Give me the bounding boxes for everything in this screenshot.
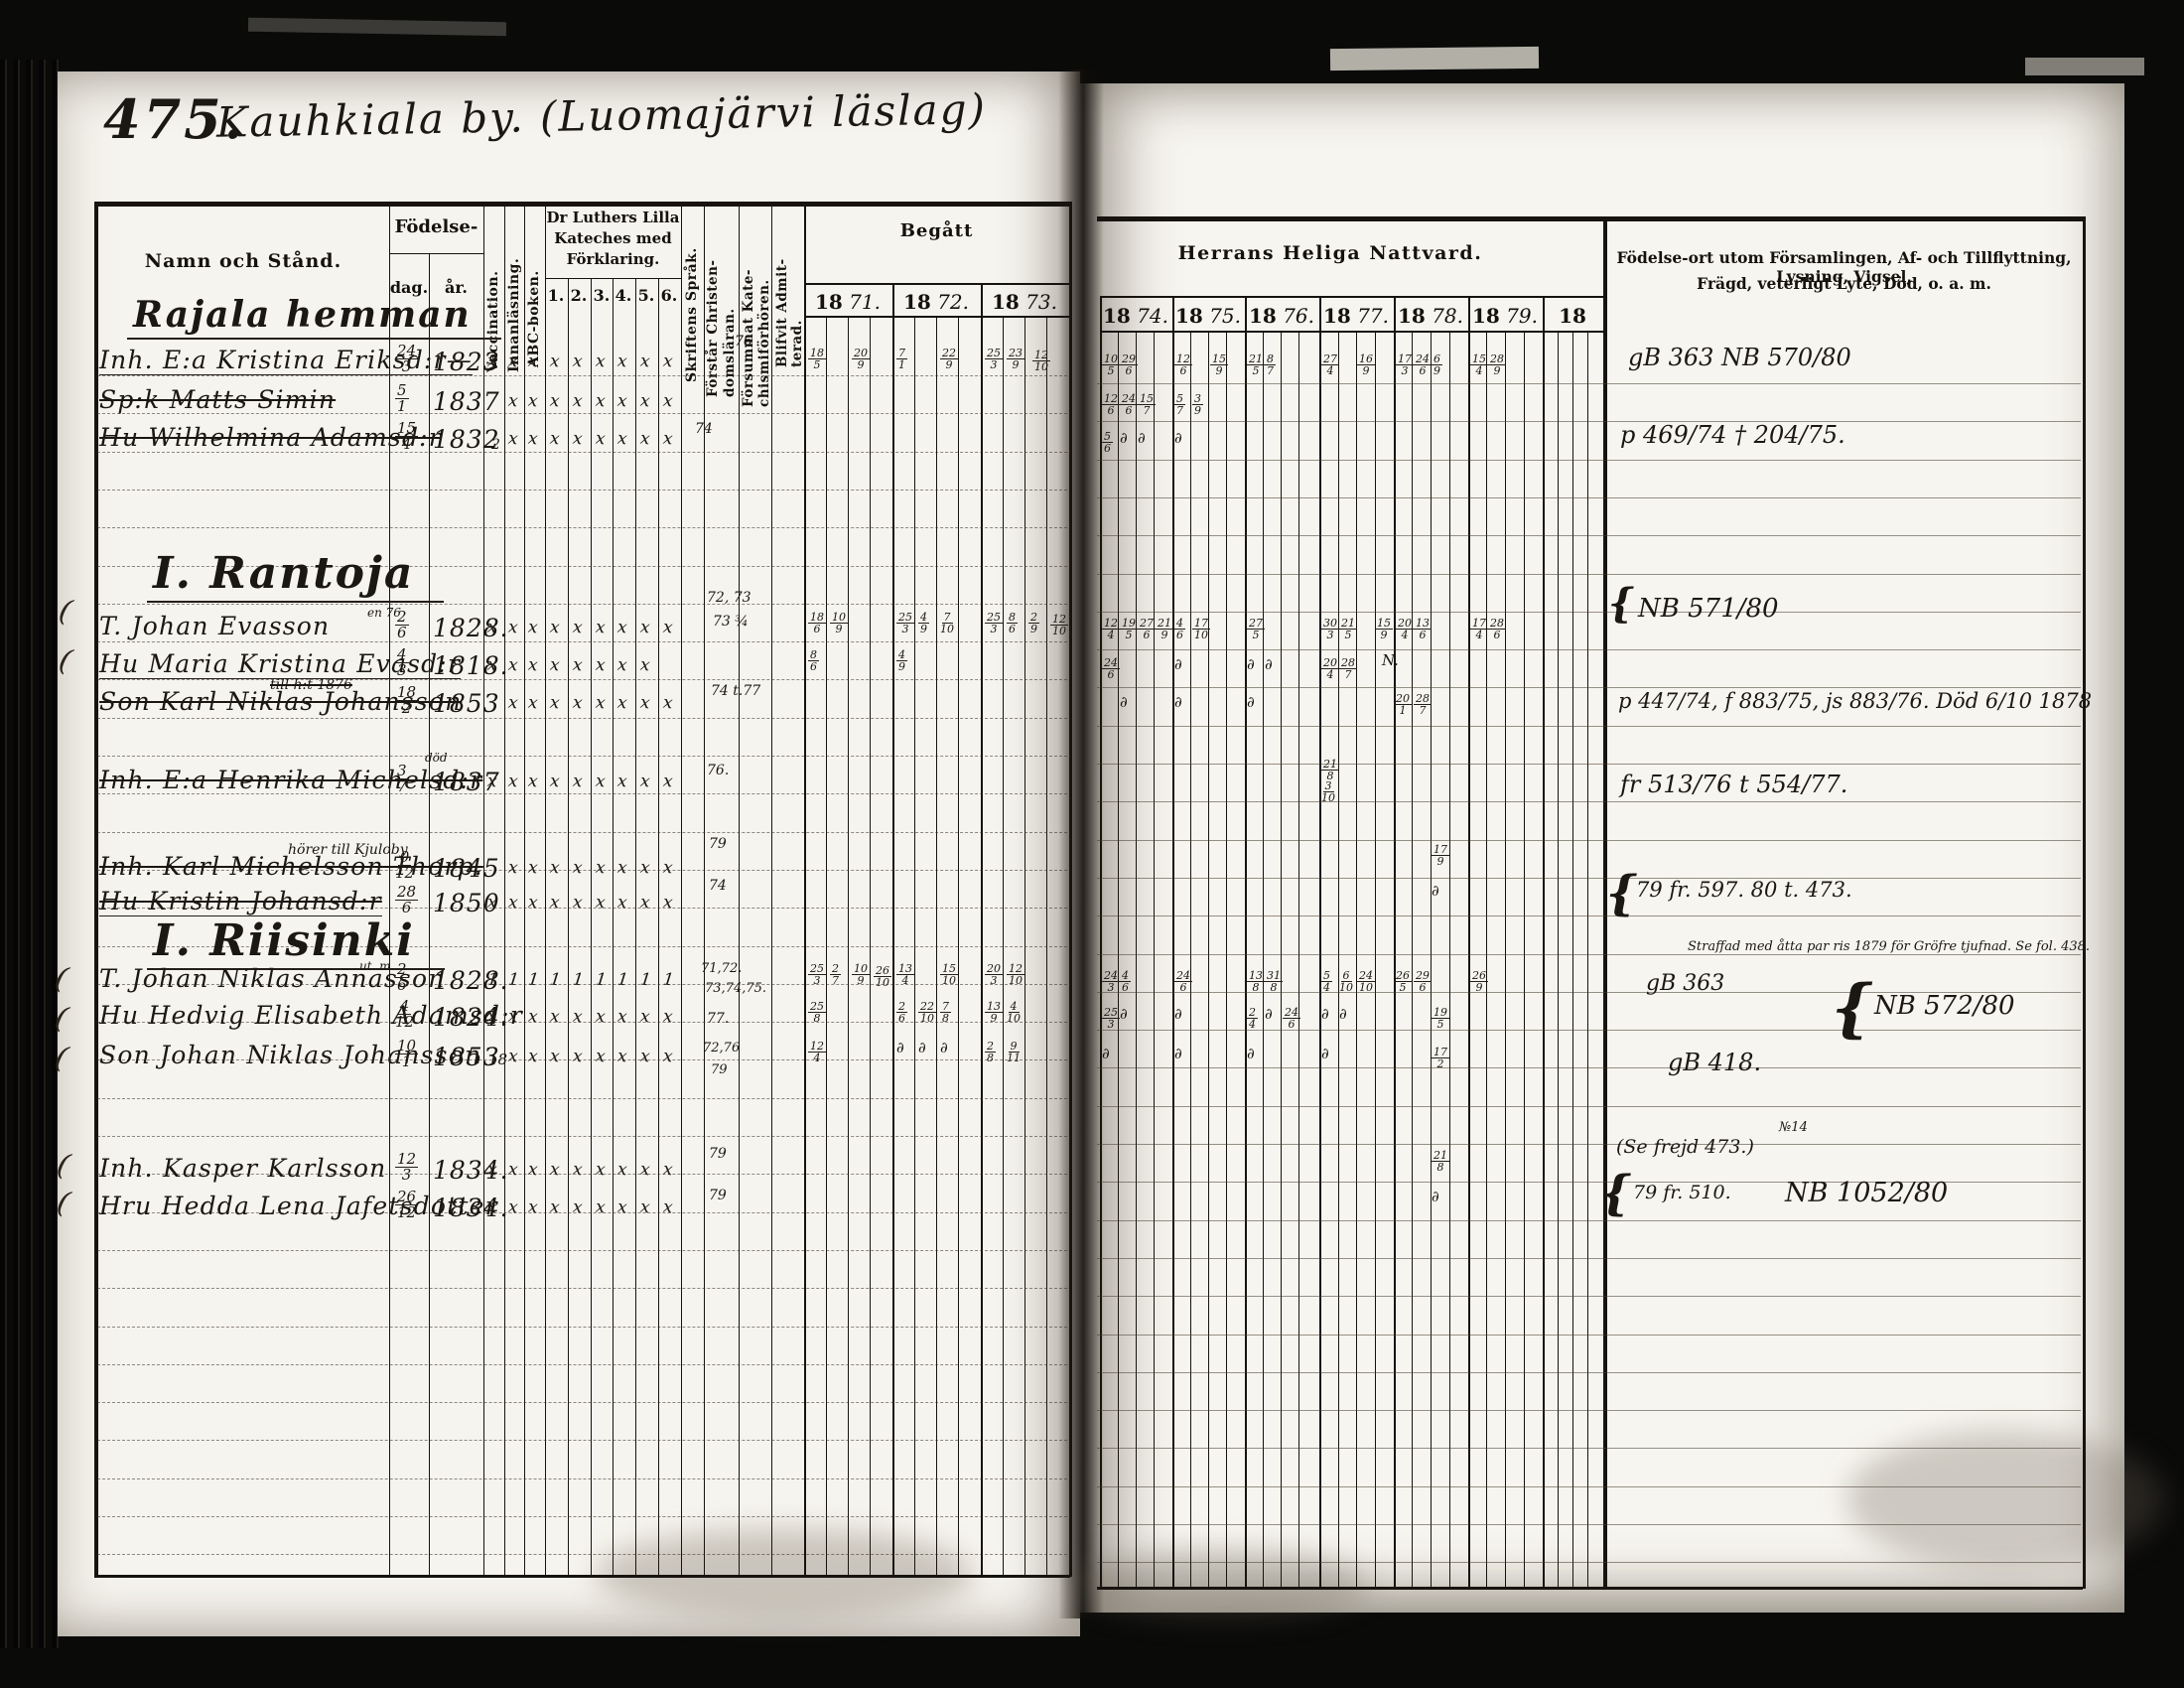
grid-vline [771,202,772,1577]
ruled-line-right [1097,1067,2081,1068]
ruled-line-right [1097,535,2081,536]
catechism-number: 5. [635,286,657,305]
communion-mark: 86 [1007,612,1018,634]
reading-mark: x [549,893,561,914]
grid-vline [1412,333,1413,1589]
ruled-line-left [97,1516,1067,1517]
handwritten-value: ut. m. [359,959,394,973]
ruled-line-right [1097,1524,2081,1525]
communion-mark: 253 [896,612,914,634]
reading-mark: x [595,352,607,372]
col-header-begatt: Begått [804,220,1069,241]
grid-vline [1558,333,1559,1589]
margin-note: NB 572/80 [1874,991,2015,1021]
reading-mark: x [507,772,519,792]
year-label: 18 79. [1469,304,1541,328]
grid-vline [524,202,525,1577]
col-header-catechism-3: Förklaring. [545,250,681,268]
year-label: 18 77. [1320,304,1392,328]
reading-mark: x [639,391,651,412]
year-label: 18 [1537,304,1608,328]
ruled-line-left [97,490,1067,491]
communion-mark: 136 [1414,618,1432,640]
ruled-line-left [97,1554,1067,1555]
note-brace: { [1606,866,1637,921]
grid-hline [1100,331,1603,333]
reading-mark: x [639,772,651,792]
reading-mark: x [527,352,539,372]
grid-vline [958,318,959,1577]
person-name: Sp:k Matts Simin [99,385,336,414]
reading-mark: x [572,618,584,638]
communion-mark: ∂ [1247,657,1255,672]
reading-mark: x [486,618,498,638]
communion-mark: 201 [1394,693,1412,716]
reading-mark: x [662,893,674,914]
communion-mark: 287 [1339,657,1357,680]
handwritten-value: 2 [491,437,500,453]
communion-mark: 39 [1192,393,1203,416]
communion-mark: 218 [1432,1150,1449,1173]
person-name: Son Johan Niklas Johansson [99,1041,481,1069]
catechism-number: 4. [613,286,634,305]
grid-hline [1100,296,1603,298]
col-header-abc: ABC-boken. [526,209,542,367]
person-name: Inh. Kasper Karlsson [99,1154,386,1183]
reading-mark: x [616,772,628,792]
ruled-line-right [1097,1144,2081,1145]
col-header-missed-2: chismiförhören. [756,209,772,407]
year-label: 18 71. [804,290,891,314]
grid-vline [892,283,894,1577]
book-edge-texture [0,60,62,1648]
communion-mark: 229 [940,348,958,370]
handwritten-value: hörer till Kjuloby [288,842,408,858]
grid-vline [1069,202,1072,1577]
communion-mark: ∂ [1321,1007,1329,1022]
communion-mark: 69 [1432,353,1442,376]
grid-vline [681,202,682,1577]
ruled-line-right [1097,801,2081,802]
margin-note: gB 418. [1668,1049,1761,1076]
grid-vline [1572,333,1573,1589]
year-label: 18 72. [892,290,980,314]
person-name: T. Johan Evasson [99,612,330,640]
grid-vline [1524,333,1525,1589]
reading-mark: 1 [595,969,608,990]
reading-mark: x [595,655,607,676]
birth-day: 243 [395,344,418,374]
reading-mark: 1 [527,969,540,990]
grid-vline [1543,296,1545,1589]
grid-vline [1486,333,1487,1589]
communion-mark: ∂ [1247,1047,1255,1061]
birth-day: 154 [395,421,418,452]
communion-mark: ∂ [1174,695,1182,710]
communion-mark: 410 [1007,1001,1021,1024]
reading-mark: x [549,391,561,412]
communion-mark: 246 [1283,1007,1300,1030]
grid-vline [1154,333,1155,1589]
communion-mark: ∂ [1432,1190,1439,1204]
communion-mark: 56 [1102,431,1113,454]
margin-note: fr 513/76 t 554/77. [1620,771,1847,798]
reading-mark: x [616,618,628,638]
ruled-line-left [97,1136,1067,1137]
communion-mark: 318 [1265,970,1283,993]
reading-mark: x [639,1160,651,1181]
reading-mark: x [527,858,539,879]
reading-mark: x [616,352,628,372]
catechism-number: 1. [545,286,567,305]
reading-mark: x [572,893,584,914]
reading-mark: x [662,772,674,792]
communion-mark: 71 [896,348,907,370]
communion-mark: 275 [1247,618,1265,640]
grid-vline [635,278,636,1577]
communion-mark: 174 [1470,618,1488,640]
communion-mark: 154 [1470,353,1488,376]
communion-mark: 109 [830,612,848,634]
reading-mark: x [616,893,628,914]
grid-vline [2083,216,2086,1589]
communion-mark: 1210 [1050,614,1068,636]
reading-mark: x [527,893,539,914]
reading-mark: x [549,655,561,676]
handwritten-value: till h:t 1876 [270,677,352,693]
reading-mark: x [507,618,519,638]
grid-vline [1281,333,1282,1589]
reading-mark: x [572,1160,584,1181]
communion-mark: ∂ [1174,1007,1182,1022]
reading-mark: x [616,1160,628,1181]
ruled-line-right [1097,840,2081,841]
scan-artifact [2025,58,2144,75]
communion-mark: 54 [1321,970,1332,993]
communion-mark: N. [1382,653,1399,668]
communion-mark: ∂ [1174,657,1182,672]
reading-mark: x [549,429,561,450]
grid-vline [1136,333,1137,1589]
grid-vline [1118,333,1119,1589]
grid-vline [504,202,505,1577]
margin-note: Straffad med åtta par ris 1879 för Gröfr… [1688,939,2090,954]
reading-mark: x [572,391,584,412]
communion-mark: 253 [985,348,1003,370]
margin-note: (Se frejd 473.) [1616,1136,1754,1158]
margin-note: №14 [1779,1120,1808,1135]
ruled-line-left [97,1098,1067,1099]
grid-vline [94,202,98,1577]
communion-mark: 157 [1138,393,1156,416]
reading-mark: x [549,352,561,372]
ruled-line-right [1097,1220,2081,1221]
reading-mark: 1 [549,969,562,990]
reading-mark: x [527,772,539,792]
grid-vline [613,278,614,1577]
communion-mark: 269 [1470,970,1488,993]
reading-mark: x [572,1197,584,1218]
handwritten-value: 18 [488,1051,507,1068]
grid-vline [658,278,659,1577]
handwritten-value: 79 [709,1146,727,1162]
communion-mark: 286 [1488,618,1506,640]
reading-mark: x [662,1160,674,1181]
reading-mark: x [572,655,584,676]
communion-mark: 78 [940,1001,951,1024]
birth-day: 51 [395,383,409,414]
reading-mark: x [639,655,651,676]
communion-mark: 215 [1339,618,1357,640]
communion-mark: ∂ [1120,431,1128,446]
reading-mark: x [662,1047,674,1067]
communion-mark: 2610 [874,965,891,988]
reading-mark: x [549,858,561,879]
reading-mark: x [616,693,628,714]
reading-mark: x [662,1197,674,1218]
note-brace: { [1600,1166,1631,1221]
reading-mark: x [639,1197,651,1218]
communion-mark: ∂ [940,1041,948,1055]
birth-year: 1845 [433,854,500,883]
communion-mark: 289 [1488,353,1506,376]
communion-mark: 179 [1432,844,1449,867]
ruled-line-right [1097,421,2081,422]
communion-mark: 26 [896,1001,907,1024]
birth-day: 182 [395,685,418,716]
reading-mark: x [662,352,674,372]
communion-mark: 276 [1138,618,1156,640]
grid-vline [1431,333,1432,1589]
communion-mark: 253 [1102,1007,1120,1030]
communion-mark: 134 [896,963,914,986]
reading-mark: x [595,772,607,792]
birth-year: 1832 [433,425,500,454]
ruled-line-left [97,375,1067,376]
birth-year: 1853 [433,689,500,718]
reading-mark: x [595,1047,607,1067]
ruled-line-right [1097,726,2081,727]
grid-vline [1587,333,1588,1589]
reading-mark: x [486,1007,498,1028]
reading-mark: x [639,429,651,450]
margin-note: p 469/74 † 204/75. [1620,421,1845,449]
communion-mark: 105 [1102,353,1120,376]
scan-smudge [1072,1549,1370,1618]
communion-mark: 28 [985,1041,996,1063]
communion-mark: ∂ [1321,1047,1329,1061]
handwritten-value: 71,72. [701,961,742,976]
reading-mark: x [507,693,519,714]
reading-mark: x [527,1047,539,1067]
scanned-ledger-page: 475. Kauhkiala by. (Luomajärvi läslag) N… [0,0,2184,1688]
communion-mark: 253 [808,963,826,986]
communion-mark: 219 [1156,618,1173,640]
margin-note: 79 fr. 597. 80 t. 473. [1636,878,1852,902]
ruled-line-left [97,604,1067,605]
ruled-line-left [97,1288,1067,1289]
catechism-number: 6. [658,286,680,305]
reading-mark: x [662,1007,674,1028]
reading-mark: x [662,429,674,450]
communion-mark: 610 [1339,970,1353,993]
reading-mark: x [572,429,584,450]
margin-note: NB 571/80 [1638,594,1779,624]
communion-mark: 296 [1414,970,1432,993]
reading-mark: x [616,391,628,412]
reading-mark: x [616,1047,628,1067]
communion-mark: ∂ [1247,695,1255,710]
communion-mark: 24 [1247,1007,1258,1030]
communion-mark: 27 [830,963,841,986]
grid-vline [704,202,705,1577]
reading-mark: x [507,1007,519,1028]
communion-mark: 215 [1247,353,1265,376]
grid-vline [739,202,740,1577]
communion-mark: 195 [1120,618,1138,640]
reading-mark: x [507,429,519,450]
birth-day: 101 [395,1039,418,1069]
communion-mark: 139 [985,1001,1003,1024]
communion-mark: 57 [1174,393,1185,416]
handwritten-value: död [425,751,448,765]
grid-vline [1375,333,1376,1589]
ruled-line-left [97,1478,1067,1479]
reading-mark: x [549,1047,561,1067]
year-label: 18 73. [981,290,1068,314]
reading-mark: x [616,858,628,879]
year-label: 18 75. [1172,304,1244,328]
reading-mark: x [507,352,519,372]
reading-mark: x [527,1160,539,1181]
col-header-admitted-2: terad. [789,209,805,367]
reading-mark: x [595,1007,607,1028]
communion-mark: 195 [1432,1007,1449,1030]
ruled-line-left [97,679,1067,680]
reading-mark: x [595,1160,607,1181]
communion-mark: ∂ [1265,657,1273,672]
reading-mark: x [572,858,584,879]
reading-mark: x [572,772,584,792]
reading-mark: x [507,391,519,412]
birth-day: 43 [395,647,409,678]
communion-mark: 138 [1247,970,1265,993]
ruled-line-right [1097,497,2081,498]
grid-hline [1097,216,2083,221]
scan-artifact [248,18,506,37]
grid-vline [914,318,915,1577]
grid-vline [826,318,827,1577]
communion-mark: ∂ [1138,431,1146,446]
grid-vline [1505,333,1506,1589]
communion-mark: 46 [1120,970,1131,993]
ruled-line-left [97,718,1067,719]
handwritten-value: 73 ¾ [713,614,749,630]
reading-mark: x [527,391,539,412]
grid-vline [1172,296,1174,1589]
grid-vline [1298,333,1299,1589]
reading-mark: x [507,858,519,879]
reading-mark: 1 [507,969,520,990]
communion-mark: 911 [1007,1041,1021,1063]
communion-mark: 258 [808,1001,826,1024]
grid-vline [1100,296,1102,1589]
communion-mark: 185 [808,348,826,370]
birth-day: 412 [395,999,414,1030]
handwritten-value: 72, 73 [707,590,751,606]
communion-mark: 274 [1321,353,1339,376]
ruled-line-right [1097,649,2081,650]
grid-vline [1190,333,1191,1589]
grid-vline [545,202,546,1577]
reading-mark: x [549,1197,561,1218]
grid-vline [568,278,569,1577]
reading-mark: x [549,1007,561,1028]
communion-mark: ∂ [1432,884,1439,899]
communion-mark: 169 [1357,353,1375,376]
grid-vline [870,318,871,1577]
reading-mark: x [507,1197,519,1218]
ruled-line-right [1097,1486,2081,1487]
ruled-line-right [1097,915,2081,916]
communion-mark: 87 [1265,353,1276,376]
communion-mark: ∂ [1102,1047,1110,1061]
handwritten-value: 72,76 [703,1041,740,1055]
col-header-reading: Innanläsning. [506,209,522,372]
ruled-line-left [97,832,1067,833]
reading-mark: x [639,893,651,914]
reading-mark: x [639,352,651,372]
communion-mark: 1210 [1007,963,1024,986]
year-label: 18 78. [1395,304,1466,328]
grid-hline [804,316,1069,318]
ruled-line-right [1097,460,2081,461]
reading-mark: 1 [572,969,585,990]
birth-year: 1837 [433,387,500,416]
grid-vline [591,278,592,1577]
communion-mark: 124 [1102,618,1120,640]
communion-mark: ∂ [1120,695,1128,710]
reading-mark: x [595,693,607,714]
communion-mark: 239 [1007,348,1024,370]
communion-mark: 49 [918,612,929,634]
communion-mark: 243 [1102,970,1120,993]
note-brace: { [1608,580,1634,627]
grid-hline [94,1575,1070,1578]
grid-vline [804,202,806,1577]
ruled-line-left [97,1327,1067,1328]
birth-day: 123 [395,1152,418,1183]
ruled-line-right [1097,1448,2081,1449]
communion-mark: 209 [852,348,870,370]
reading-mark: x [662,693,674,714]
handwritten-value: 73,74,75. [705,981,766,996]
reading-mark: x [486,1197,498,1218]
communion-mark: ∂ [1174,1047,1182,1061]
handwritten-value: 79 [709,1188,727,1203]
communion-mark: 159 [1210,353,1228,376]
col-header-catechism-1: Dr Luthers Lilla [545,209,681,226]
reading-mark: x [527,1007,539,1028]
grid-vline [1024,318,1025,1577]
grid-vline [848,318,849,1577]
communion-mark: 203 [985,963,1003,986]
reading-mark: x [639,1047,651,1067]
reading-mark: 1 [616,969,629,990]
ruled-line-right [1097,1030,2081,1031]
communion-mark: 253 [985,612,1003,634]
reading-mark: x [572,1007,584,1028]
